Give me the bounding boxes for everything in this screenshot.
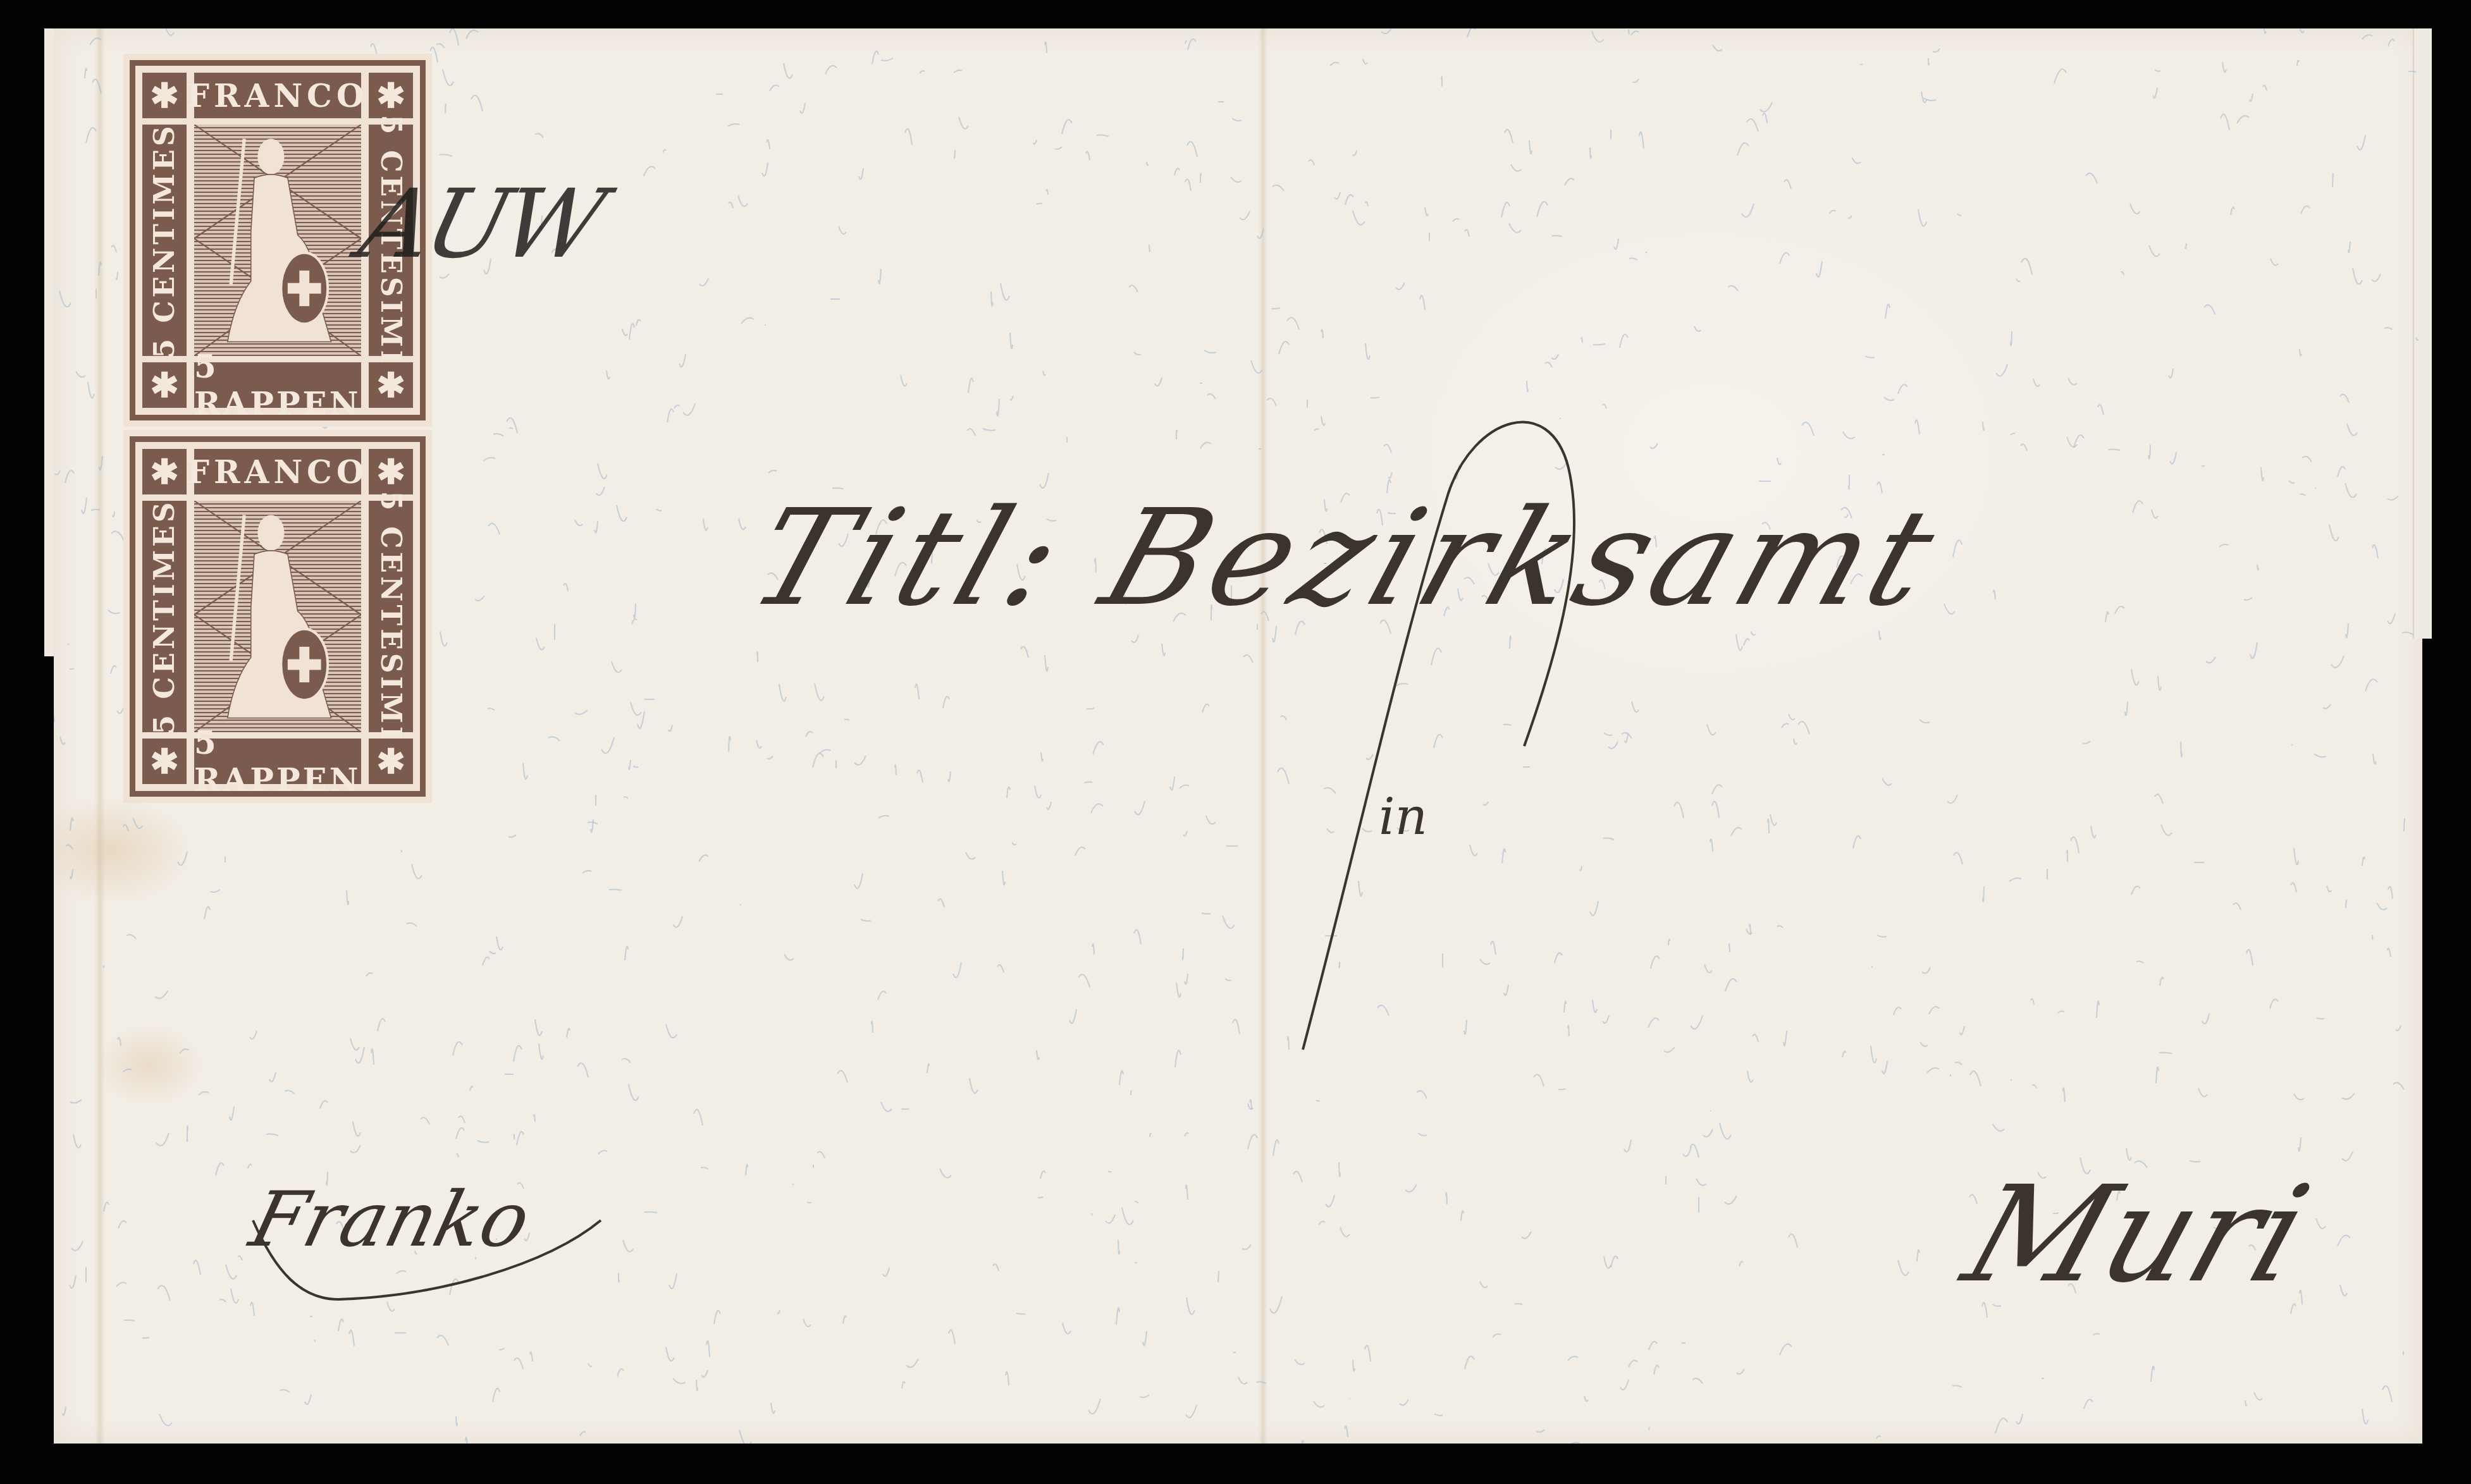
postmark-cancel: AUW xyxy=(350,169,612,279)
helvetia-figure xyxy=(194,501,361,732)
letter-flap-right xyxy=(2413,28,2432,639)
asterisk-icon: ✱ xyxy=(142,739,187,784)
stamp-left-label: 5 CENTIMES xyxy=(142,125,187,356)
asterisk-icon: ✱ xyxy=(369,362,413,408)
address-city: Muri xyxy=(1948,1157,2326,1312)
stamp-top-label: FRANCO xyxy=(194,449,361,494)
stamp-value-label: 5 RAPPEN xyxy=(194,362,361,408)
paper-crease xyxy=(1259,28,1267,1444)
helvetia-figure xyxy=(194,125,361,356)
asterisk-icon: ✱ xyxy=(369,449,413,494)
asterisk-icon: ✱ xyxy=(369,73,413,118)
asterisk-icon: ✱ xyxy=(142,449,187,494)
address-connector: in xyxy=(1379,787,1427,846)
franco-annotation: Franko xyxy=(242,1176,539,1264)
asterisk-icon: ✱ xyxy=(142,73,187,118)
stamp-right-label: 5 CENTESIMI xyxy=(369,501,413,732)
stamp-top-label: FRANCO xyxy=(194,73,361,118)
address-recipient: Titl: Bezirksamt xyxy=(734,481,1958,635)
asterisk-icon: ✱ xyxy=(369,739,413,784)
stamp-value-label: 5 RAPPEN xyxy=(194,739,361,784)
stamp-left-label: 5 CENTIMES xyxy=(142,501,187,732)
asterisk-icon: ✱ xyxy=(142,362,187,408)
paper-crease xyxy=(95,28,105,1444)
postage-stamp: ✱ FRANCO ✱ 5 CENTIMES 5 CENTESIMI ✱ 5 RA… xyxy=(123,430,432,803)
